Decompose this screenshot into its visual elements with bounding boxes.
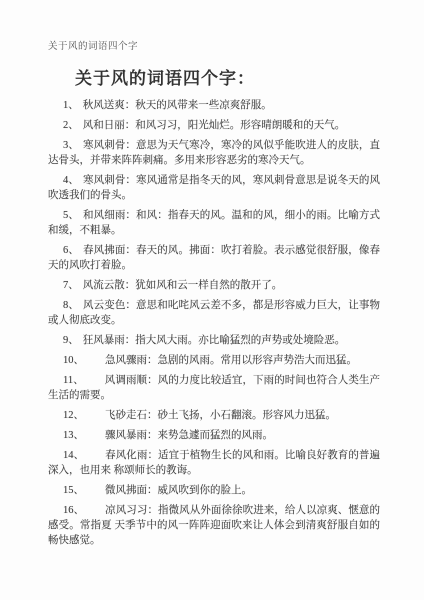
list-item: 13、骤风暴雨：来势急遽而猛烈的风雨。 xyxy=(48,428,380,443)
item-text: 风云变色：意思和叱咤风云差不多，都是形容威力巨大，让事物或人彻底改变。 xyxy=(48,300,380,326)
item-text: 骤风暴雨：来势急遽而猛烈的风雨。 xyxy=(105,430,273,441)
item-number: 3、 xyxy=(63,140,83,151)
item-text: 和风细雨：和风：指春天的风。温和的风，细小的雨。比喻方式和缓，不粗暴。 xyxy=(48,210,380,236)
item-number: 12、 xyxy=(63,410,105,421)
item-text: 微风拂面：威风吹到你的脸上。 xyxy=(105,485,252,496)
list-item: 7、风流云散：犹如风和云一样自然的散开了。 xyxy=(48,278,380,293)
document-page: 关于风的词语四个字 关于风的词语四个字： 1、秋风送爽：秋天的风带来一些凉爽舒服… xyxy=(0,0,424,600)
item-text: 春风拂面：春天的风。拂面：吹打着脸。表示感觉很舒服，像春天的风吹打着脸。 xyxy=(48,245,380,271)
list-item: 8、风云变色：意思和叱咤风云差不多，都是形容威力巨大，让事物或人彻底改变。 xyxy=(48,298,380,328)
item-number: 13、 xyxy=(63,430,105,441)
list-item: 11、风调雨顺：风的力度比较适宜，下雨的时间也符合人类生产生活的需要。 xyxy=(48,373,380,403)
page-title: 关于风的词语四个字： xyxy=(75,64,255,89)
item-number: 2、 xyxy=(63,120,83,131)
list-item: 5、和风细雨：和风：指春天的风。温和的风，细小的雨。比喻方式和缓，不粗暴。 xyxy=(48,208,380,238)
item-text: 寒风刺骨：意思为天气寒冷，寒冷的风似乎能吹进人的皮肤，直达骨头，并带来阵阵刺痛。… xyxy=(48,140,380,166)
list-item: 1、秋风送爽：秋天的风带来一些凉爽舒服。 xyxy=(48,98,380,113)
list-item: 15、微风拂面：威风吹到你的脸上。 xyxy=(48,483,380,498)
list-item: 4、寒风刺骨：寒风通常是指冬天的风，寒风刺骨意思是说冬天的风吹透我们的骨头。 xyxy=(48,173,380,203)
item-number: 4、 xyxy=(63,175,83,186)
item-number: 9、 xyxy=(63,335,83,346)
list-item: 9、狂风暴雨：指大风大雨。亦比喻猛烈的声势或处境险恶。 xyxy=(48,333,380,348)
list-item: 6、春风拂面：春天的风。拂面：吹打着脸。表示感觉很舒服，像春天的风吹打着脸。 xyxy=(48,243,380,273)
item-number: 14、 xyxy=(63,450,105,461)
list-item: 16、凉风习习：指微风从外面徐徐吹进来，给人以凉爽、惬意的感受。常指夏 天季节中… xyxy=(48,503,380,548)
list-item: 14、春风化雨：适宜于植物生长的风和雨。比喻良好教育的普遍深入，也用来 称颂师长… xyxy=(48,448,380,478)
item-number: 16、 xyxy=(63,505,105,516)
item-number: 6、 xyxy=(63,245,83,256)
item-text: 风流云散：犹如风和云一样自然的散开了。 xyxy=(83,280,283,291)
list-item: 2、风和日丽：和风习习，阳光灿烂。形容晴朗暖和的天气。 xyxy=(48,118,380,133)
item-number: 15、 xyxy=(63,485,105,496)
list-item: 12、飞砂走石：砂土飞扬，小石翻滚。形容风力迅猛。 xyxy=(48,408,380,423)
item-text: 秋风送爽：秋天的风带来一些凉爽舒服。 xyxy=(83,100,272,111)
item-text: 急风骤雨：急剧的风雨。常用以形容声势浩大而迅猛。 xyxy=(105,355,357,366)
item-number: 7、 xyxy=(63,280,83,291)
item-number: 8、 xyxy=(63,300,83,311)
word-list: 1、秋风送爽：秋天的风带来一些凉爽舒服。2、风和日丽：和风习习，阳光灿烂。形容晴… xyxy=(48,98,380,553)
item-number: 11、 xyxy=(63,375,105,386)
item-text: 寒风刺骨：寒风通常是指冬天的风，寒风刺骨意思是说冬天的风吹透我们的骨头。 xyxy=(48,175,380,201)
item-number: 1、 xyxy=(63,100,83,111)
item-text: 飞砂走石：砂土飞扬，小石翻滚。形容风力迅猛。 xyxy=(105,410,336,421)
item-text: 狂风暴雨：指大风大雨。亦比喻猛烈的声势或处境险恶。 xyxy=(83,335,346,346)
item-number: 10、 xyxy=(63,355,105,366)
item-text: 风和日丽：和风习习，阳光灿烂。形容晴朗暖和的天气。 xyxy=(83,120,346,131)
document-header-label: 关于风的词语四个字 xyxy=(48,38,138,52)
list-item: 3、寒风刺骨：意思为天气寒冷，寒冷的风似乎能吹进人的皮肤，直达骨头，并带来阵阵刺… xyxy=(48,138,380,168)
list-item: 10、急风骤雨：急剧的风雨。常用以形容声势浩大而迅猛。 xyxy=(48,353,380,368)
item-number: 5、 xyxy=(63,210,83,221)
